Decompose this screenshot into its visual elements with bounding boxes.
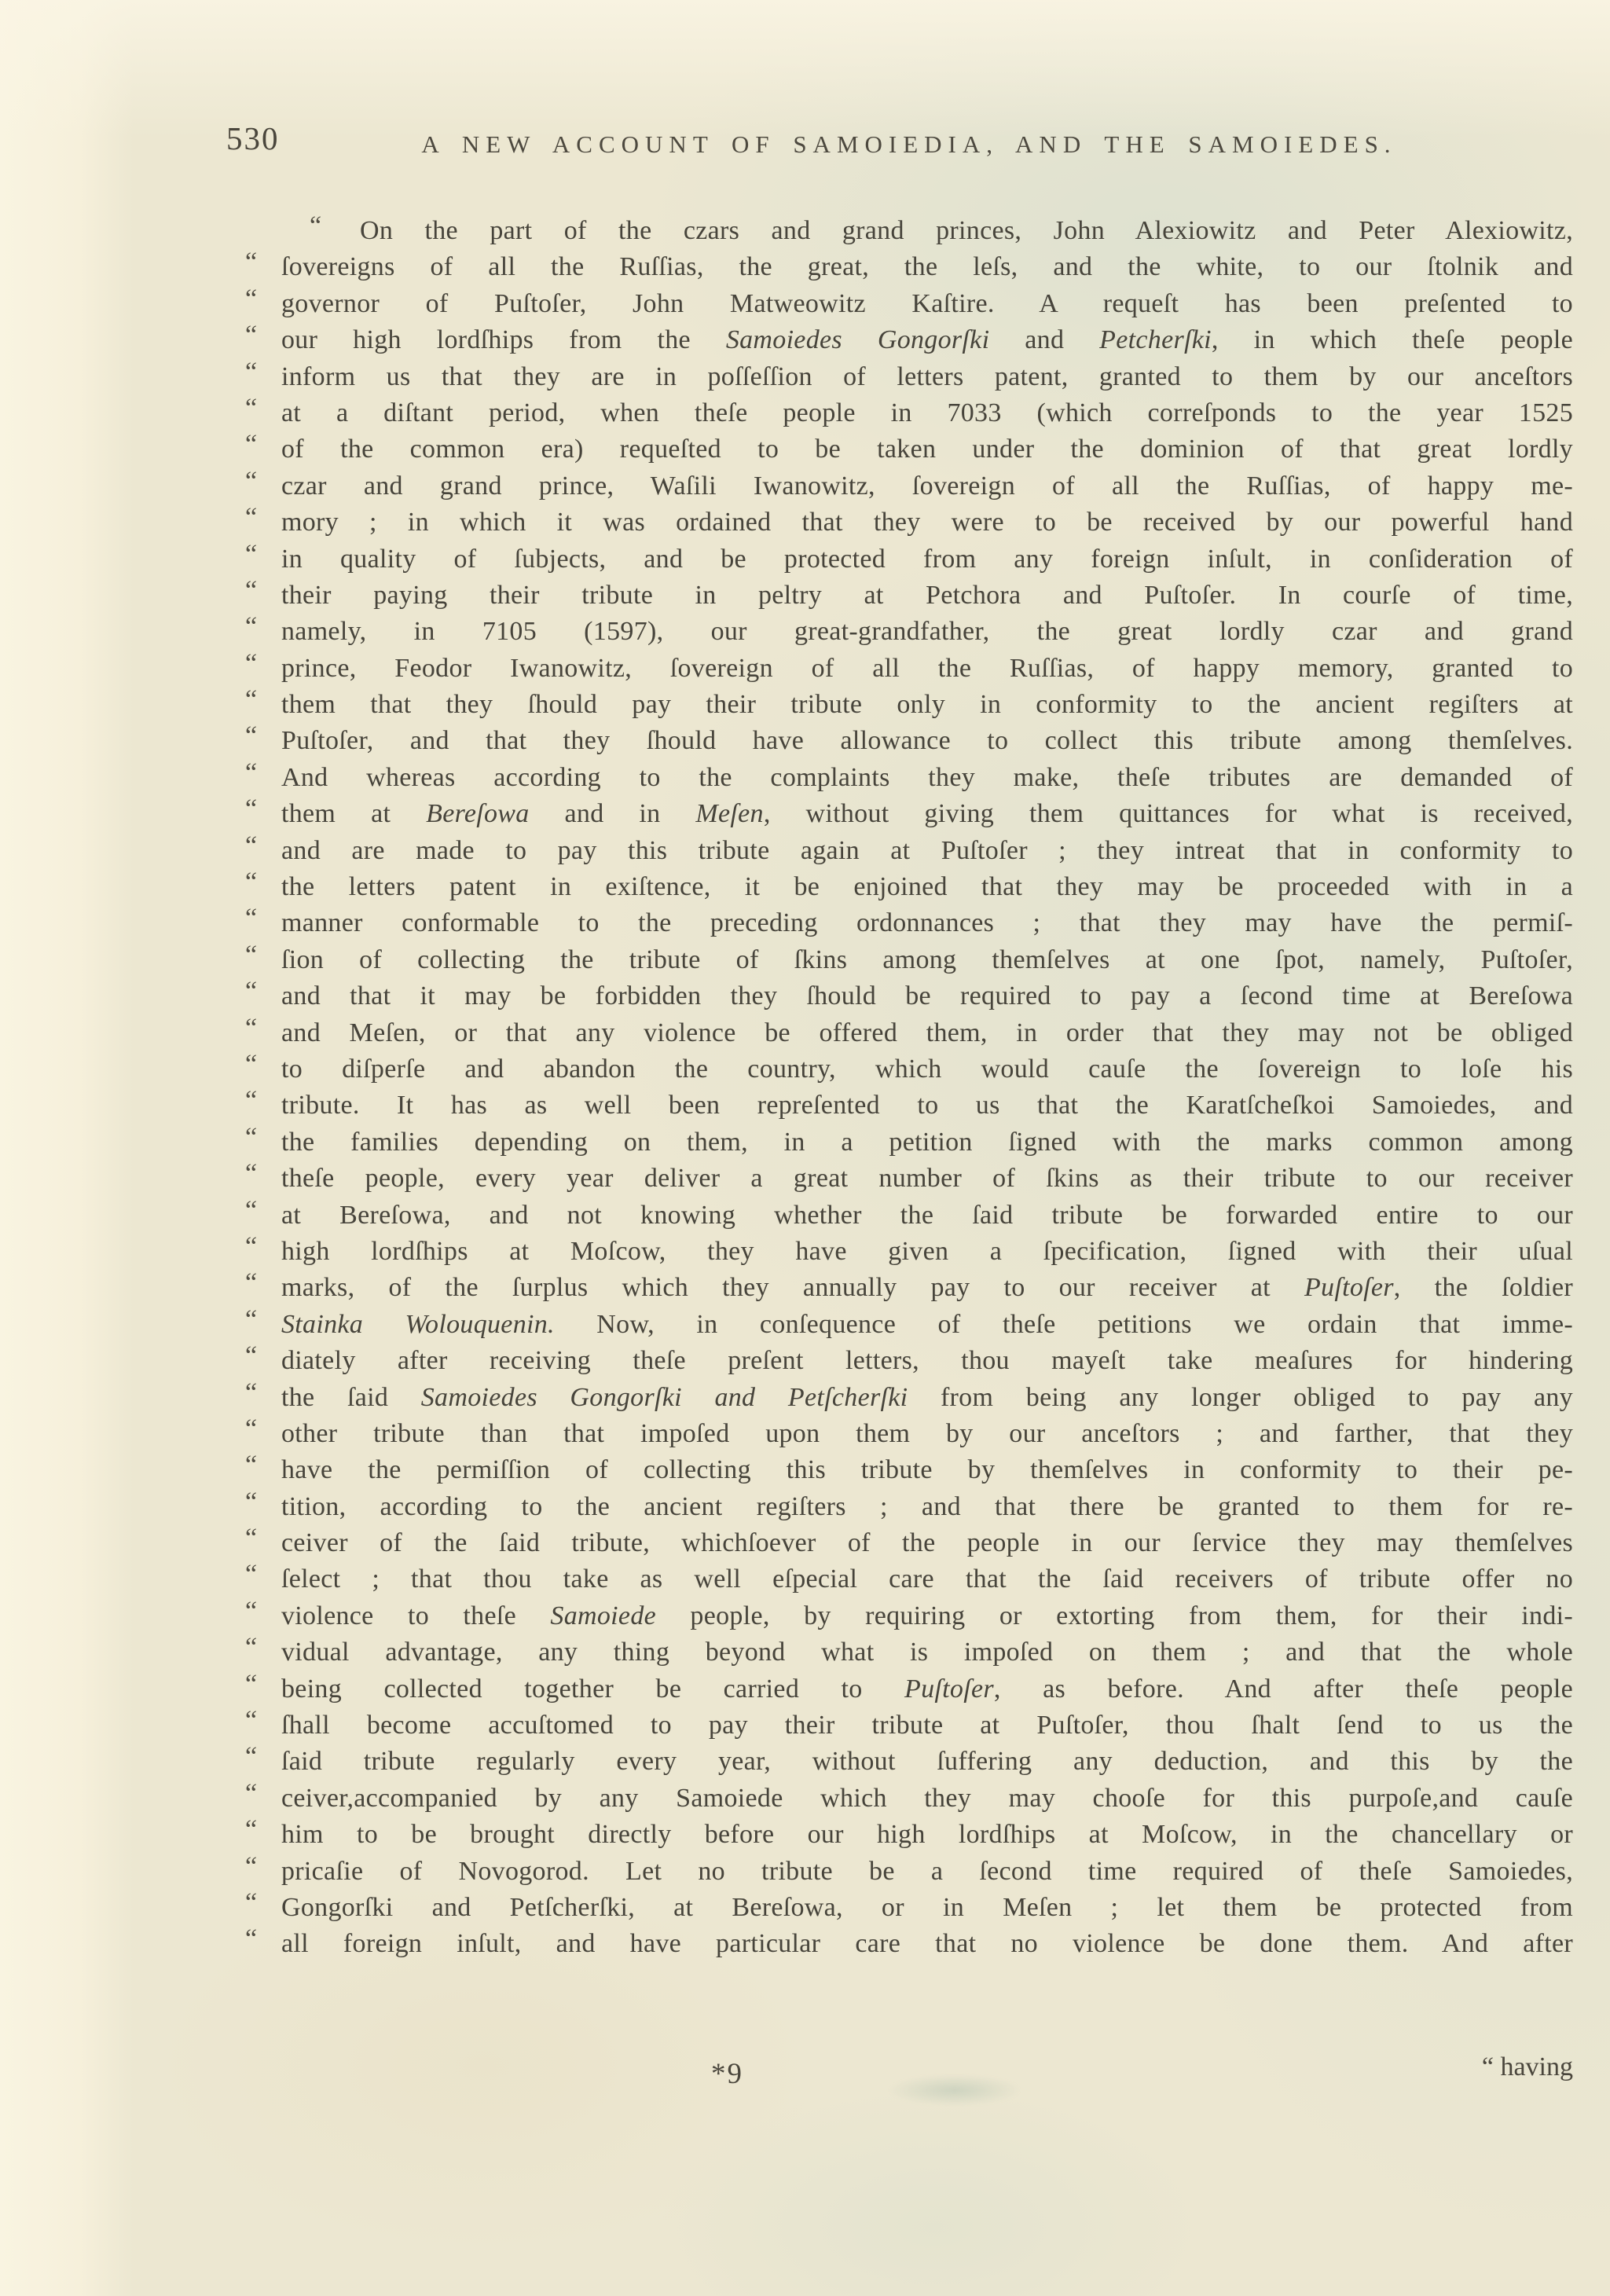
text-segment: On the part of the czars and grand princ… — [360, 216, 1573, 245]
quote-mark: “ — [245, 609, 255, 645]
text-segment: of the common era) requeſted to be taken… — [281, 435, 1573, 464]
text-line: “them that they ſhould pay their tribute… — [245, 687, 1573, 723]
catchword: “ having — [1482, 2052, 1573, 2081]
text-segment: and in — [530, 799, 696, 828]
text-segment: other tribute than that impoſed upon the… — [281, 1419, 1573, 1448]
quote-mark: “ — [245, 500, 255, 536]
quote-mark: “ — [245, 1375, 255, 1411]
quote-mark: “ — [245, 682, 255, 718]
text-line: “pricaſie of Novogorod. Let no tribute b… — [245, 1854, 1573, 1890]
text-segment: vidual advantage, any thing beyond what … — [281, 1638, 1573, 1667]
text-segment: people, by requiring or extorting from t… — [656, 1601, 1573, 1630]
text-line: “and that it may be forbidden they ſhoul… — [245, 978, 1573, 1014]
text-segment: and that it may be forbidden they ſhould… — [281, 981, 1573, 1010]
quote-mark: “ — [245, 1484, 255, 1520]
italic-text-segment: Puſtoſer — [904, 1674, 994, 1704]
quote-mark: “ — [245, 791, 255, 827]
text-line: “tition, according to the ancient regiſt… — [245, 1489, 1573, 1525]
text-segment: and — [989, 325, 1099, 354]
text-segment: have the permiſſion of collecting this t… — [281, 1455, 1573, 1484]
text-line: “the families depending on them, in a pe… — [245, 1124, 1573, 1161]
text-segment: at a diſtant period, when theſe people i… — [281, 398, 1573, 427]
quote-mark: “ — [245, 391, 255, 427]
text-segment: czar and grand prince, Waſili Iwanowitz,… — [281, 471, 1573, 501]
text-segment: , the ſoldier — [1394, 1273, 1573, 1302]
quote-mark: “ — [245, 974, 255, 1010]
quote-mark: “ — [245, 1557, 255, 1593]
text-segment: , as before. And after theſe people — [994, 1674, 1573, 1704]
quote-mark: “ — [245, 1849, 255, 1885]
text-segment: prince, Feodor Iwanowitz, ſovereign of a… — [281, 654, 1573, 683]
quote-mark: “ — [245, 1411, 255, 1447]
text-segment: Now, in conſequence of theſe petitions w… — [555, 1310, 1573, 1339]
quote-mark: “ — [245, 864, 255, 900]
text-line: “diately after receiving theſe preſent l… — [245, 1343, 1573, 1379]
italic-text-segment: Puſtoſer — [1304, 1273, 1394, 1302]
text-segment: Gongorſki and Petſcherſki, at Bereſowa, … — [281, 1893, 1573, 1922]
text-segment: to diſperſe and abandon the country, whi… — [281, 1054, 1573, 1084]
text-segment: ſelect ; that thou take as well eſpecial… — [281, 1564, 1573, 1594]
quote-mark: “ — [245, 427, 255, 463]
text-line: “ſhall become accuſtomed to pay their tr… — [245, 1707, 1573, 1744]
text-line: “inform us that they are in poſſeſſion o… — [245, 359, 1573, 395]
quote-mark: “ — [245, 1739, 255, 1775]
quote-mark: “ — [245, 244, 255, 281]
text-segment: pricaſie of Novogorod. Let no tribute be… — [281, 1857, 1573, 1886]
text-line: “prince, Feodor Iwanowitz, ſovereign of … — [245, 651, 1573, 687]
text-line: “Stainka Wolouquenin. Now, in conſequenc… — [245, 1307, 1573, 1343]
text-line: “other tribute than that impoſed upon th… — [245, 1416, 1573, 1452]
text-segment: tribute. It has as well been repreſented… — [281, 1091, 1573, 1120]
catchword-row: “ having — [245, 2052, 1573, 2082]
italic-text-segment: Petcherſki — [1099, 325, 1212, 354]
text-line: “at Bereſowa, and not knowing whether th… — [245, 1198, 1573, 1234]
text-segment: and are made to pay this tribute again a… — [281, 836, 1573, 865]
text-line: “ſovereigns of all the Ruſſias, the grea… — [245, 249, 1573, 285]
text-segment: ſaid tribute regularly every year, witho… — [281, 1747, 1573, 1776]
quote-mark: “ — [245, 900, 255, 937]
text-segment: high lordſhips at Moſcow, they have give… — [281, 1237, 1573, 1266]
text-segment: ſhall become accuſtomed to pay their tri… — [281, 1711, 1573, 1740]
text-line: “to diſperſe and abandon the country, wh… — [245, 1051, 1573, 1087]
text-segment: the ſaid — [281, 1383, 421, 1412]
text-line: “and are made to pay this tribute again … — [245, 833, 1573, 869]
text-line: “their paying their tribute in peltry at… — [245, 578, 1573, 614]
text-segment: namely, in 7105 (1597), our great-grandf… — [281, 617, 1573, 646]
quote-mark: “ — [245, 718, 255, 754]
text-line: “high lordſhips at Moſcow, they have giv… — [245, 1234, 1573, 1270]
italic-text-segment: Bereſowa — [426, 799, 529, 828]
text-line: “tribute. It has as well been repreſente… — [245, 1087, 1573, 1124]
text-segment: Puſtoſer, and that they ſhould have allo… — [281, 726, 1573, 755]
text-segment: their paying their tribute in peltry at … — [281, 581, 1573, 610]
text-segment: them at — [281, 799, 426, 828]
quote-mark: “ — [245, 1156, 255, 1192]
italic-text-segment: Samoiedes Gongorſki — [726, 325, 990, 354]
text-segment: , in which theſe people — [1212, 325, 1573, 354]
quote-mark: “ — [245, 828, 255, 864]
quote-mark: “ — [245, 1193, 255, 1229]
text-line: “and Meſen, or that any violence be offe… — [245, 1015, 1573, 1051]
text-line: “ceiver,accompanied by any Samoiede whic… — [245, 1781, 1573, 1817]
text-line: “ſaid tribute regularly every year, with… — [245, 1744, 1573, 1780]
text-segment: inform us that they are in poſſeſſion of… — [281, 362, 1573, 391]
text-line: “mory ; in which it was ordained that th… — [245, 504, 1573, 541]
quote-mark: “ — [245, 281, 255, 317]
quote-mark: “ — [245, 1520, 255, 1557]
quote-mark: “ — [245, 1265, 255, 1301]
text-line: “manner conformable to the preceding ord… — [245, 905, 1573, 941]
text-line: “at a diſtant period, when theſe people … — [245, 395, 1573, 431]
text-line: “Gongorſki and Petſcherſki, at Bereſowa,… — [245, 1890, 1573, 1926]
text-segment: ſion of collecting the tribute of ſkins … — [281, 945, 1573, 974]
text-line: “all foreign inſult, and have particular… — [245, 1926, 1573, 1962]
quote-mark: “ — [245, 1338, 255, 1374]
text-segment: the letters patent in exiſtence, it be e… — [281, 872, 1573, 901]
text-segment: ceiver of the ſaid tribute, whichſoever … — [281, 1528, 1573, 1557]
running-title: A NEW ACCOUNT OF SAMOIEDIA, AND THE SAMO… — [245, 130, 1573, 159]
text-line: “being collected together be carried to … — [245, 1671, 1573, 1707]
text-segment: in quality of ſubjects, and be protected… — [281, 545, 1573, 574]
text-segment: mory ; in which it was ordained that the… — [281, 508, 1573, 537]
text-line: “him to be brought directly before our h… — [245, 1817, 1573, 1853]
quote-mark: “ — [245, 1703, 255, 1739]
italic-text-segment: Samoiede — [550, 1601, 656, 1630]
body-text: “On the part of the czars and grand prin… — [245, 213, 1573, 1963]
quote-mark: “ — [245, 1667, 255, 1703]
text-segment: our high lordſhips from the — [281, 325, 726, 354]
text-line: “namely, in 7105 (1597), our great-grand… — [245, 614, 1573, 650]
text-line: “governor of Puſtoſer, John Matweowitz K… — [245, 286, 1573, 322]
text-line: “ceiver of the ſaid tribute, whichſoever… — [245, 1525, 1573, 1561]
text-line: “them at Bereſowa and in Meſen, without … — [245, 796, 1573, 832]
text-line: “vidual advantage, any thing beyond what… — [245, 1634, 1573, 1671]
text-segment: at Bereſowa, and not knowing whether the… — [281, 1201, 1573, 1230]
quote-mark: “ — [245, 1921, 255, 1957]
quote-mark: “ — [245, 1594, 255, 1630]
text-segment: from being any longer obliged to pay any — [908, 1383, 1573, 1412]
italic-text-segment: Stainka Wolouquenin. — [281, 1310, 555, 1339]
quote-mark: “ — [245, 755, 255, 791]
text-line: “the letters patent in exiſtence, it be … — [245, 869, 1573, 905]
text-line: “On the part of the czars and grand prin… — [245, 213, 1573, 249]
text-segment: being collected together be carried to — [281, 1674, 904, 1704]
text-segment: and Meſen, or that any violence be offer… — [281, 1018, 1573, 1047]
quote-mark: “ — [245, 646, 255, 682]
quote-mark: “ — [245, 1630, 255, 1666]
text-segment: ſovereigns of all the Ruſſias, the great… — [281, 252, 1573, 281]
quote-mark: “ — [245, 537, 255, 573]
quote-mark: “ — [245, 1447, 255, 1484]
quote-mark: “ — [245, 1010, 255, 1047]
quote-mark: “ — [245, 1229, 255, 1265]
quote-mark: “ — [245, 1083, 255, 1119]
text-segment: marks, of the ſurplus which they annuall… — [281, 1273, 1304, 1302]
text-segment: And whereas according to the complaints … — [281, 763, 1573, 792]
text-segment: diately after receiving theſe preſent le… — [281, 1346, 1573, 1375]
text-line: “And whereas according to the complaints… — [245, 760, 1573, 796]
text-line: “theſe people, every year deliver a grea… — [245, 1161, 1573, 1197]
quote-mark: “ — [245, 1812, 255, 1848]
text-line: “ſion of collecting the tribute of ſkins… — [245, 942, 1573, 978]
text-line: “ſelect ; that thou take as well eſpecia… — [245, 1561, 1573, 1597]
text-line: “Puſtoſer, and that they ſhould have all… — [245, 723, 1573, 759]
text-segment: them that they ſhould pay their tribute … — [281, 690, 1573, 719]
quote-mark: “ — [245, 573, 255, 609]
text-line: “marks, of the ſurplus which they annual… — [245, 1270, 1573, 1306]
italic-text-segment: Samoiedes Gongorſki and Petſcherſki — [421, 1383, 908, 1412]
italic-text-segment: Meſen — [695, 799, 763, 828]
text-segment: him to be brought directly before our hi… — [281, 1820, 1573, 1849]
quote-mark: “ — [310, 208, 320, 244]
text-line: “the ſaid Samoiedes Gongorſki and Petſch… — [245, 1380, 1573, 1416]
quote-mark: “ — [245, 1302, 255, 1338]
text-segment: tition, according to the ancient regiſte… — [281, 1492, 1573, 1521]
quote-mark: “ — [245, 1120, 255, 1156]
book-page-scan: 530 A NEW ACCOUNT OF SAMOIEDIA, AND THE … — [0, 0, 1610, 2296]
text-line: “our high lordſhips from the Samoiedes G… — [245, 322, 1573, 358]
quote-mark: “ — [245, 317, 255, 354]
quote-mark: “ — [245, 1885, 255, 1921]
quote-mark: “ — [245, 464, 255, 500]
text-line: “violence to theſe Samoiede people, by r… — [245, 1598, 1573, 1634]
text-line: “of the common era) requeſted to be take… — [245, 431, 1573, 468]
text-segment: manner conformable to the preceding ordo… — [281, 908, 1573, 937]
text-segment: the families depending on them, in a pet… — [281, 1128, 1573, 1157]
quote-mark: “ — [245, 1776, 255, 1812]
quote-mark: “ — [245, 937, 255, 974]
text-segment: theſe people, every year deliver a great… — [281, 1164, 1573, 1193]
text-segment: , without giving them quittances for wha… — [764, 799, 1573, 828]
quote-mark: “ — [245, 354, 255, 391]
text-segment: all foreign inſult, and have particular … — [281, 1929, 1573, 1958]
text-segment: violence to theſe — [281, 1601, 550, 1630]
text-line: “in quality of ſubjects, and be protecte… — [245, 541, 1573, 578]
text-line: “have the permiſſion of collecting this … — [245, 1452, 1573, 1488]
text-segment: ceiver,accompanied by any Samoiede which… — [281, 1784, 1573, 1813]
text-line: “czar and grand prince, Waſili Iwanowitz… — [245, 468, 1573, 504]
text-segment: governor of Puſtoſer, John Matweowitz Ka… — [281, 289, 1573, 318]
quote-mark: “ — [245, 1047, 255, 1083]
